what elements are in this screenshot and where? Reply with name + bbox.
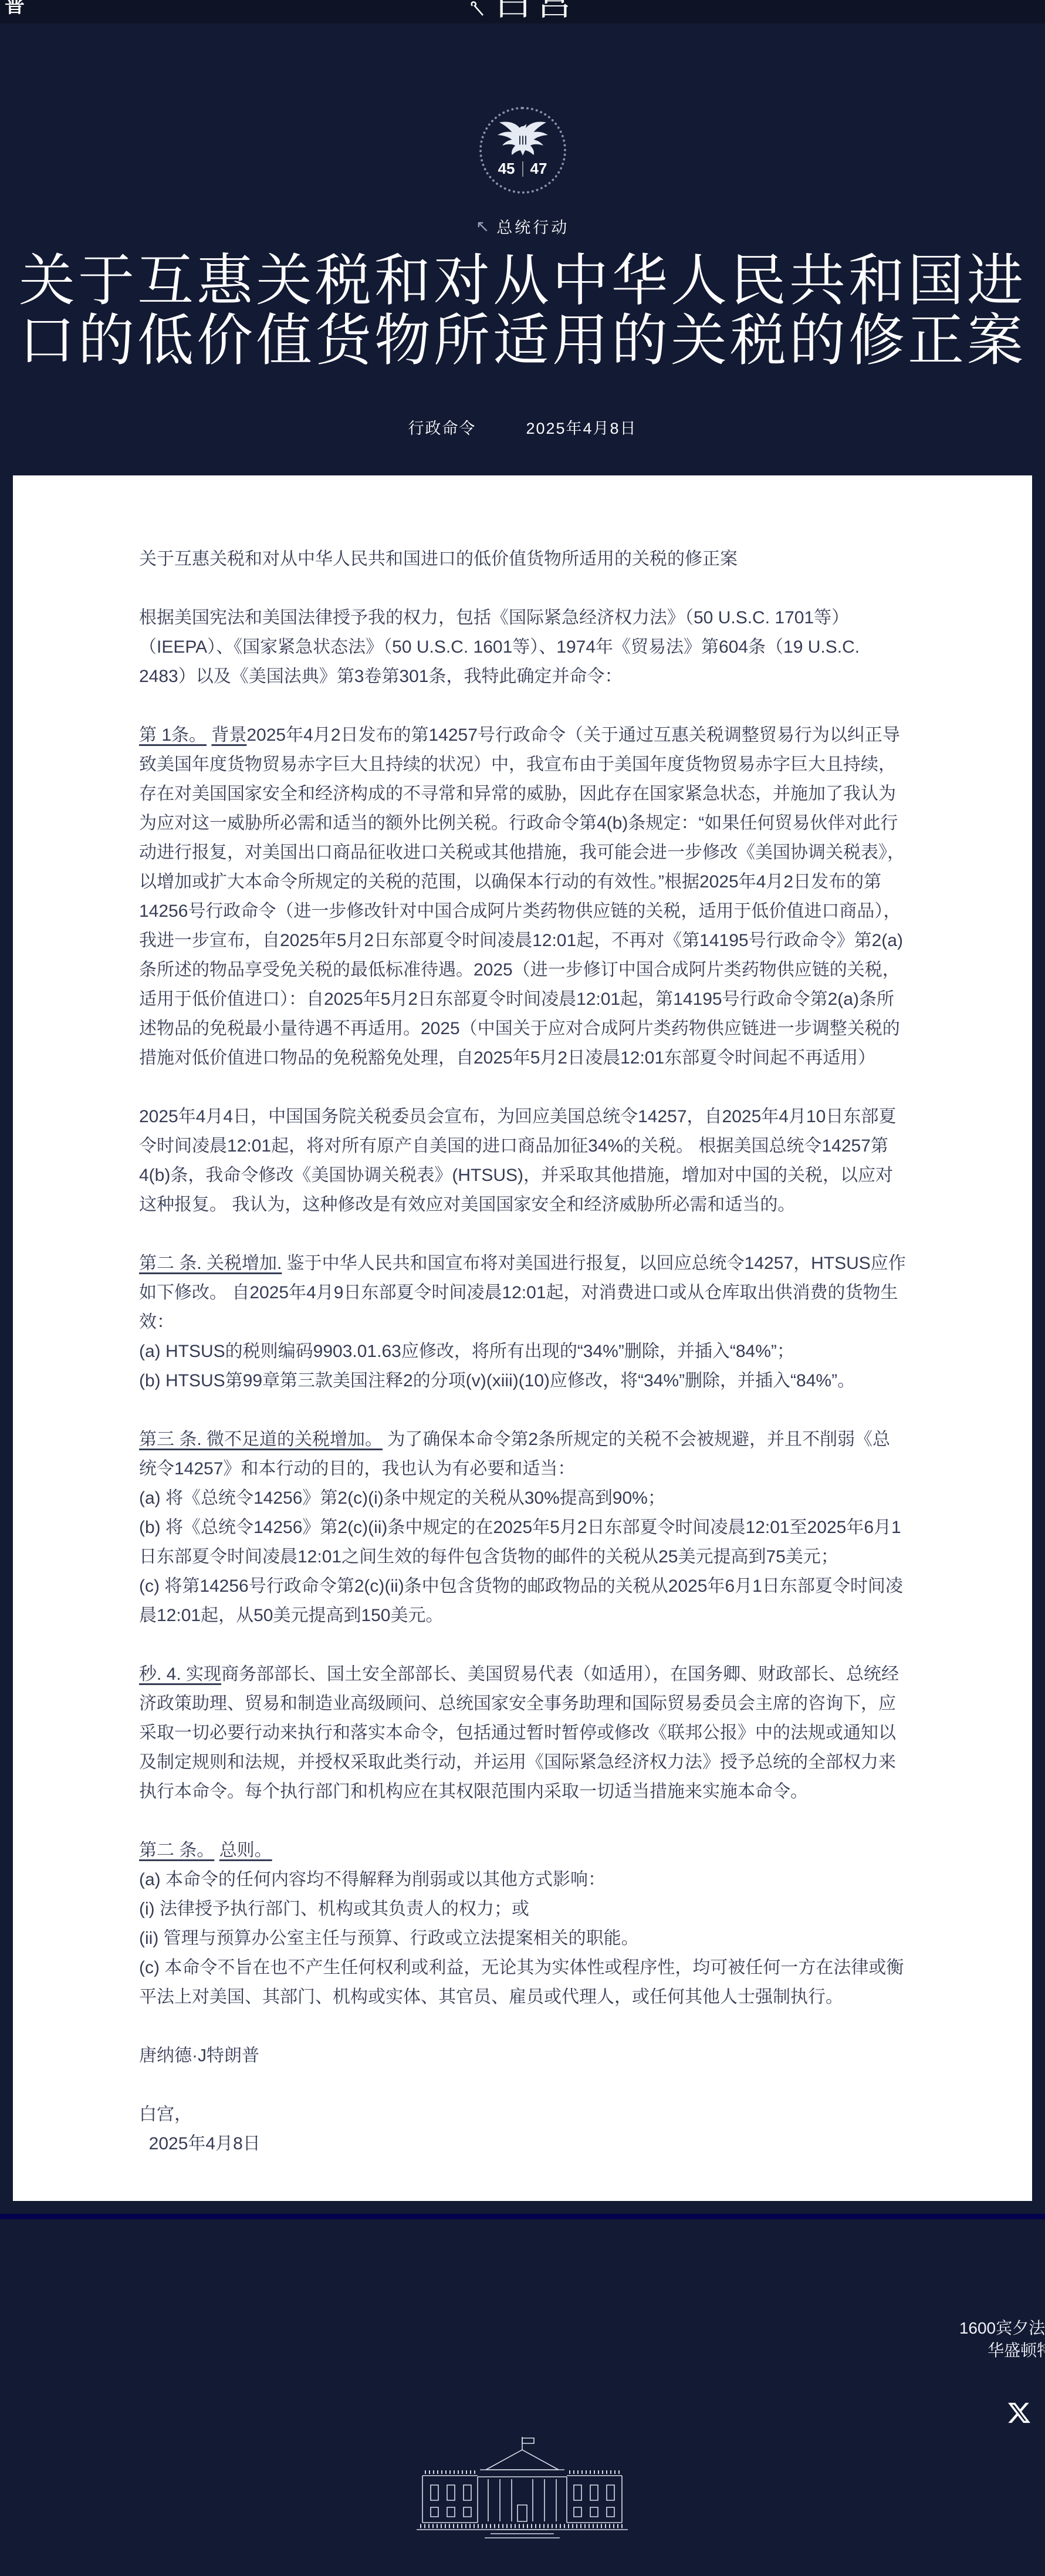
document-paragraph: 第 1条。 背景2025年4月2日发布的第14257号行政命令（关于通过互惠关税… <box>139 721 906 1073</box>
document-paragraph: (a) 将《总统令14256》第2(c)(i)条中规定的关税从30%提高到90%… <box>139 1484 906 1513</box>
document-paragraph: 2025年4月4日，中国国务院关税委员会宣布，为回应美国总统令14257，自20… <box>139 1102 906 1220</box>
document-paragraph: 秒. 4. 实现商务部部长、国土安全部部长、美国贸易代表（如适用），在国务卿、财… <box>139 1660 906 1807</box>
document-paragraph: (a) 本命令的任何内容均不得解释为削弱或以其他方式影响： <box>139 1865 906 1895</box>
x-logo-icon <box>1008 2402 1030 2424</box>
document-paragraph: (i) 法律授予执行部门、机构或其负责人的权力；或 <box>139 1895 906 1924</box>
address-line-2: 华盛顿特区20500 <box>934 2339 1045 2362</box>
document-paragraph: 2025年4月8日 <box>139 2129 906 2159</box>
footer-address: 1600宾夕法尼亚大道西北 华盛顿特区20500 <box>934 2317 1045 2362</box>
document-card: 关于互惠关税和对从中华人民共和国进口的低价值货物所适用的关税的修正案根据美国宪法… <box>13 475 1032 2201</box>
document-paragraph: 根据美国宪法和美国法律授予我的权力，包括《国际紧急经济权力法》（50 U.S.C… <box>139 603 906 691</box>
up-left-arrow-icon: ↖ <box>476 218 489 235</box>
document-paragraph: 白宫， <box>139 2100 906 2129</box>
document-paragraph: 第二 条。 总则。 <box>139 1836 906 1865</box>
hero-section: 45 47 ↖ 总统行动 关于互惠关税和对从中华人民共和国进口的低价值货物所适用… <box>0 23 1045 475</box>
eagle-icon <box>493 117 552 158</box>
document-paragraph: (b) HTSUS第99章第三款美国注释2的分项(v)(xiii)(10)应修改… <box>139 1366 906 1396</box>
document-paragraph: 第三 条. 微不足道的关税增加。 为了确保本命令第2条所规定的关税不会被规避，并… <box>139 1425 906 1484</box>
seal-number-divider <box>522 161 523 177</box>
document-paragraph: (c) 本命令不旨在也不产生任何权利或利益，无论其为实体性或程序性，均可被任何一… <box>139 1953 906 2012</box>
address-line-1: 1600宾夕法尼亚大道西北 <box>934 2317 1045 2339</box>
seal-number-47: 47 <box>530 160 547 178</box>
whitehouse-illustration <box>399 2433 645 2543</box>
document-paragraph: 第二 条. 关税增加. 鉴于中华人民共和国宣布将对美国进行报复，以回应总统令14… <box>139 1249 906 1337</box>
document-body: 关于互惠关税和对从中华人民共和国进口的低价值货物所适用的关税的修正案根据美国宪法… <box>139 545 906 2159</box>
nav-partial-text[interactable]: 普 <box>5 0 25 18</box>
hero-meta: 行政命令 2025年4月8日 <box>0 416 1045 438</box>
seal-number-45: 45 <box>498 160 515 178</box>
site-header: 普 白宫 <box>0 0 1045 23</box>
seal-numbers: 45 47 <box>498 160 547 178</box>
x-social-link[interactable] <box>1008 2402 1030 2424</box>
document-paragraph: 关于互惠关税和对从中华人民共和国进口的低价值货物所适用的关税的修正案 <box>139 545 906 574</box>
document-paragraph: (c) 将第14256号行政命令第2(c)(ii)条中包含货物的邮政物品的关税从… <box>139 1572 906 1630</box>
site-logo[interactable]: 白宫 <box>469 0 577 21</box>
document-paragraph: (a) HTSUS的税则编码9903.01.63应修改，将所有出现的“34%”删… <box>139 1337 906 1366</box>
page: 普 白宫 45 47 <box>0 0 1045 2576</box>
document-paragraph: (b) 将《总统令14256》第2(c)(ii)条中规定的在2025年5月2日东… <box>139 1513 906 1572</box>
footer-divider <box>0 2214 1045 2219</box>
document-paragraph: 唐纳德·J特朗普 <box>139 2041 906 2071</box>
logo-mark-icon <box>469 0 486 18</box>
breadcrumb-label: 总统行动 <box>496 215 569 238</box>
document-paragraph: (ii) 管理与预算办公室主任与预算、行政或立法提案相关的职能。 <box>139 1924 906 1953</box>
site-title: 白宫 <box>495 0 577 21</box>
page-title: 关于互惠关税和对从中华人民共和国进口的低价值货物所适用的关税的修正案 <box>6 251 1039 371</box>
order-type-label: 行政命令 <box>408 416 476 438</box>
order-date: 2025年4月8日 <box>526 416 637 438</box>
breadcrumb[interactable]: ↖ 总统行动 <box>0 215 1045 238</box>
presidential-seal: 45 47 <box>479 107 566 194</box>
